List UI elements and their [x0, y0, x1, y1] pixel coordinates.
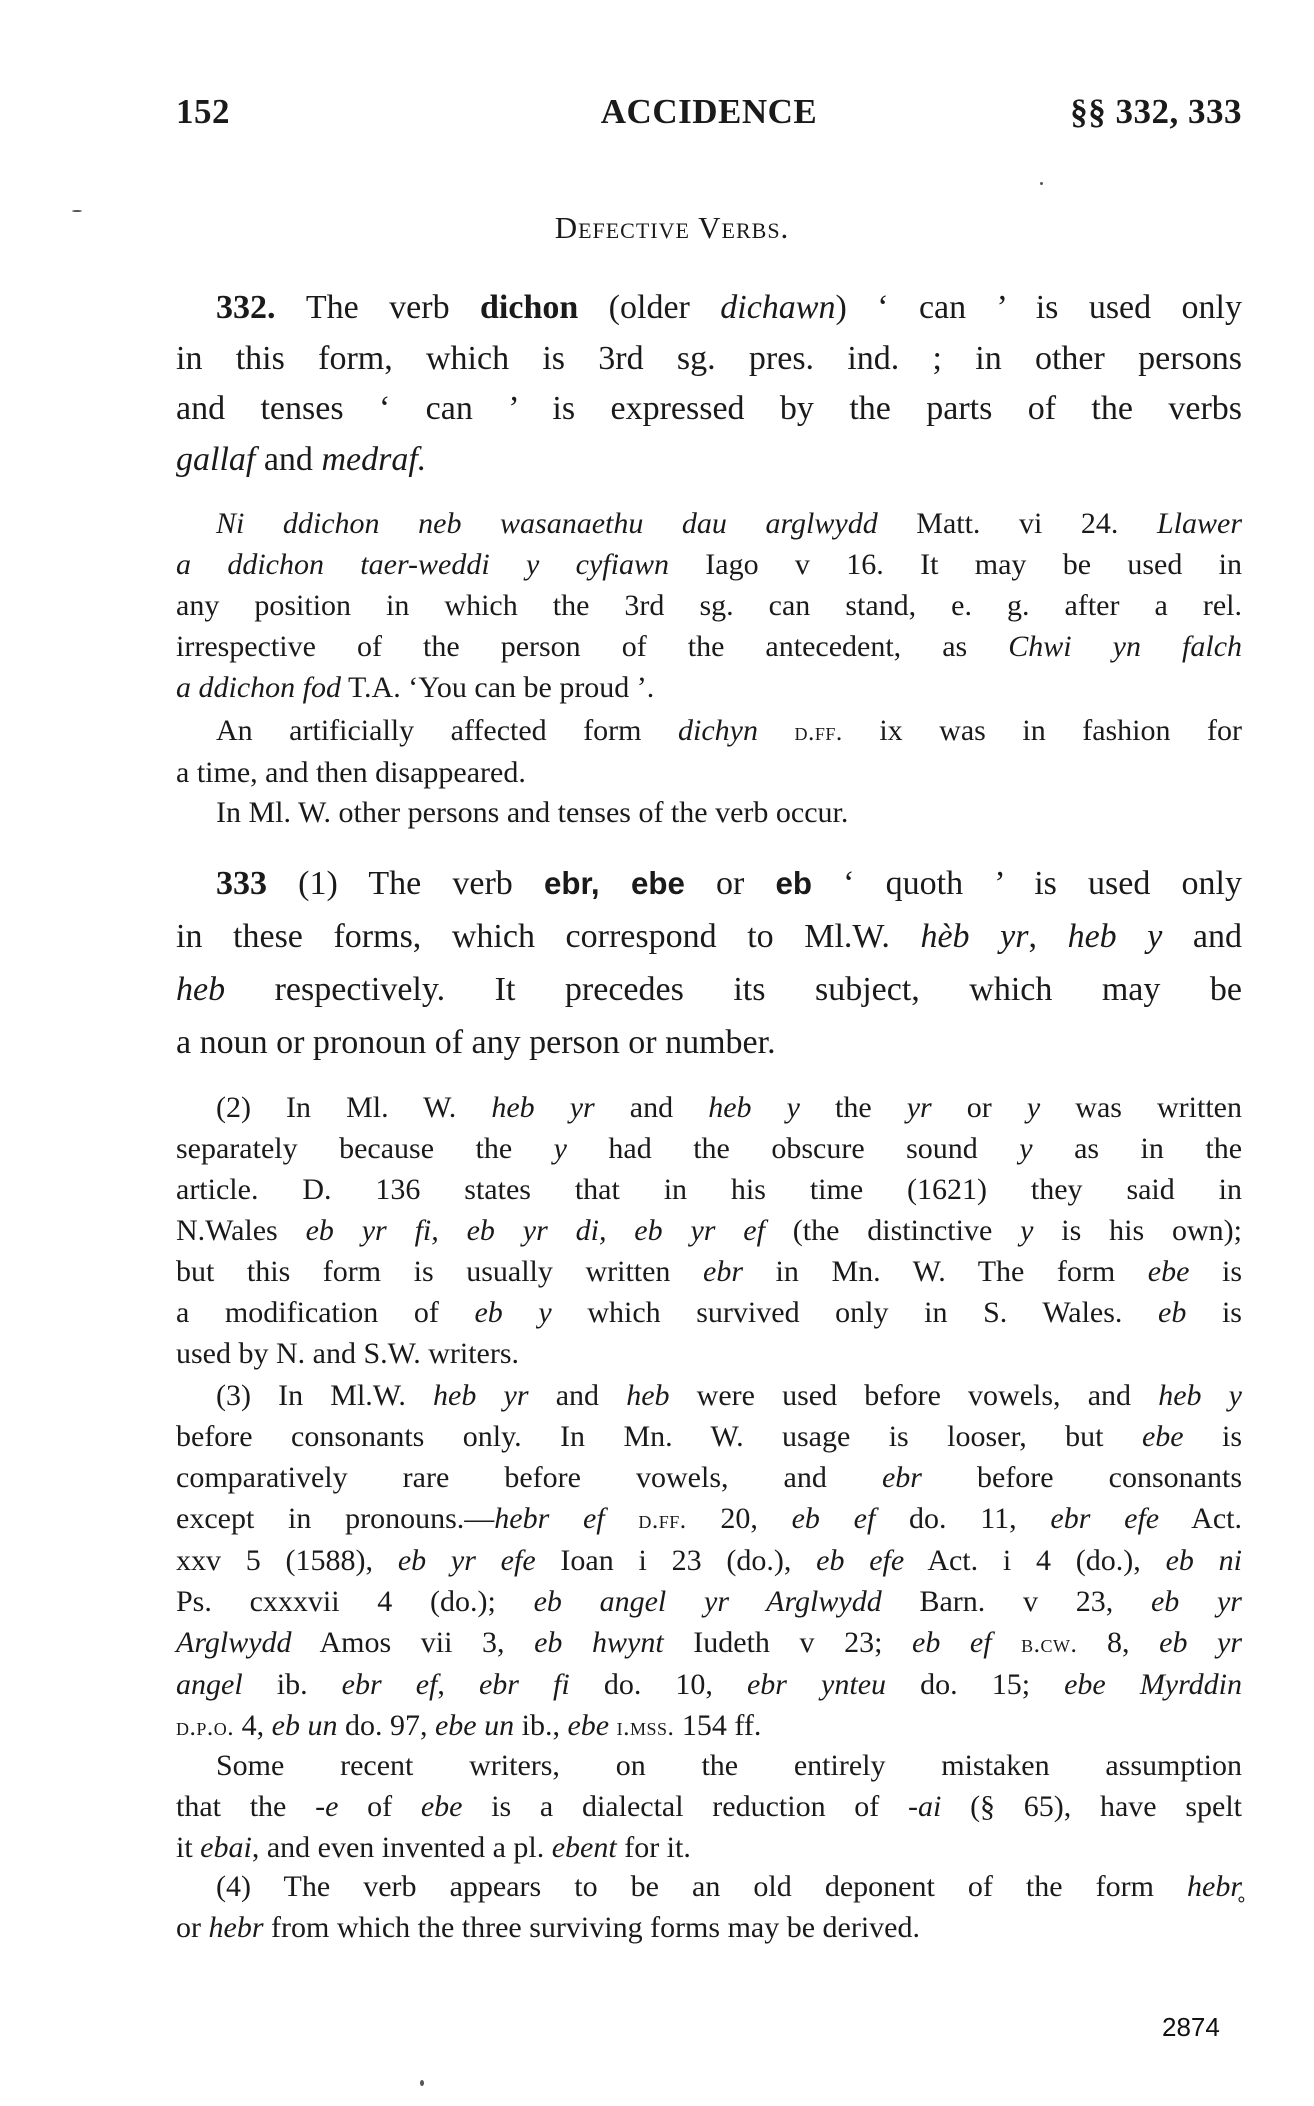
text-run: it [176, 1831, 200, 1864]
text-run: ) ‘ can ’ is used only [835, 289, 1242, 326]
text-line: before consonants only. In Mn. W. usage … [176, 1416, 1242, 1457]
welsh-term: eb angel yr Arglwydd [534, 1585, 882, 1618]
text-line: Some recent writers, on the entirely mis… [176, 1745, 1242, 1786]
paragraph-333-3: (3) In Ml.W. heb yr and heb were used be… [176, 1375, 1242, 1747]
text-line: a noun or pronoun of any person or numbe… [176, 1016, 1242, 1069]
welsh-term: Arglwydd [176, 1626, 292, 1659]
text-run: The verb [306, 289, 480, 326]
welsh-term: ebr [882, 1461, 922, 1494]
source-abbrev: d.ff. [795, 717, 843, 746]
text-run: 154 ff. [674, 1709, 761, 1742]
text-line: in this form, which is 3rd sg. pres. ind… [176, 334, 1242, 385]
welsh-term: eb efe [816, 1544, 904, 1577]
text-line: irrespective of the person of the antece… [176, 626, 1242, 667]
text-run: T.A. ‘You can be proud ’. [341, 671, 654, 704]
text-line: Ps. cxxxvii 4 (do.); eb angel yr Arglwyd… [176, 1581, 1242, 1622]
text-line: but this form is usually written ebr in … [176, 1251, 1242, 1292]
welsh-term: heb yr [433, 1379, 528, 1412]
welsh-term: eb ef [792, 1502, 876, 1535]
text-run: , and even invented a pl. [252, 1831, 552, 1864]
headword: ebr, ebe [544, 866, 685, 901]
text-run: ib. [243, 1668, 342, 1701]
paragraph-332-examples: Ni ddichon neb wasanaethu dau arglwydd M… [176, 503, 1242, 708]
text-run: separately because the [176, 1132, 554, 1165]
paragraph-333-1: 333 (1) The verb ebr, ebe or eb ‘ quoth … [176, 857, 1242, 1069]
text-run: a modification of [176, 1296, 474, 1329]
text-line: separately because the y had the obscure… [176, 1128, 1242, 1169]
text-run: any position in which the 3rd sg. can st… [176, 589, 1242, 622]
text-run: that the - [176, 1790, 325, 1823]
paragraph-333-4: (4) The verb appears to be an old depone… [176, 1866, 1242, 1948]
welsh-term: y [1027, 1091, 1040, 1124]
text-run: An artificially affected form [216, 714, 678, 747]
text-run: in this form, which is 3rd sg. pres. ind… [176, 340, 1242, 377]
text-line: gallaf and medraf. [176, 435, 1242, 486]
text-run: (§ 65), have spelt [941, 1790, 1242, 1823]
text-line: An artificially affected form dichyn d.f… [176, 710, 1242, 752]
text-run: or [932, 1091, 1027, 1124]
welsh-term: heb y [1158, 1379, 1242, 1412]
welsh-term: angel [176, 1668, 243, 1701]
welsh-term: y [1019, 1132, 1032, 1165]
headword: eb [775, 866, 812, 901]
text-run: do. 11, [875, 1502, 1050, 1535]
source-abbrev: d.ff. [638, 1505, 686, 1534]
welsh-term: eb yr [1159, 1626, 1242, 1659]
text-run: Iago v 16. It may be used in [669, 548, 1242, 581]
text-run: is his own); [1033, 1214, 1242, 1247]
text-run: (the distinctive [765, 1214, 1020, 1247]
text-run: for it. [617, 1831, 691, 1864]
text-run: irrespective of the person of the antece… [176, 630, 1008, 663]
welsh-term: a ddichon taer-weddi y cyfiawn [176, 548, 669, 581]
text-run: or [176, 1911, 209, 1944]
welsh-term: ebai [200, 1831, 252, 1864]
welsh-term: ebr fi [479, 1668, 570, 1701]
text-run: Matt. vi 24. [878, 507, 1157, 540]
text-run: ‘ quoth ’ is used only [812, 865, 1242, 902]
text-run: from which the three surviving forms may… [264, 1911, 920, 1944]
text-run: of [338, 1790, 420, 1823]
text-run: 20, [687, 1502, 792, 1535]
section-number: 333 [216, 865, 298, 902]
text-run: , [1028, 918, 1067, 955]
text-run: used by N. and S.W. writers. [176, 1337, 519, 1370]
text-run: comparatively rare before vowels, and [176, 1461, 882, 1494]
welsh-term: heb [626, 1379, 669, 1412]
text-run: and [595, 1091, 708, 1124]
text-run: the [800, 1091, 907, 1124]
text-line: 332. The verb dichon (older dichawn) ‘ c… [176, 283, 1242, 334]
welsh-term: heb y [1068, 918, 1163, 955]
text-run [609, 1709, 617, 1742]
text-run: in Mn. W. The form [743, 1255, 1148, 1288]
scan-speck [72, 210, 82, 212]
text-run: 4, [234, 1709, 272, 1742]
welsh-term: a ddichon fod [176, 671, 341, 704]
text-line: a time, and then disappeared. [176, 752, 1242, 793]
text-run: Act. [1159, 1502, 1242, 1535]
welsh-term: Chwi yn falch [1008, 630, 1242, 663]
text-line: any position in which the 3rd sg. can st… [176, 585, 1242, 626]
text-run: were used before vowels, and [670, 1379, 1159, 1412]
welsh-term: heb y [708, 1091, 800, 1124]
welsh-term: ebe [567, 1709, 609, 1742]
text-run: or [685, 865, 776, 902]
text-run: and [1162, 918, 1242, 955]
welsh-term: eb yr efe [398, 1544, 536, 1577]
text-run: Amos vii 3, [292, 1626, 535, 1659]
welsh-term: ebr ynteu [747, 1668, 886, 1701]
welsh-term: ebent [552, 1831, 617, 1864]
text-line: article. D. 136 states that in his time … [176, 1169, 1242, 1210]
source-abbrev: b.cw. [1021, 1629, 1077, 1658]
welsh-term: ai [918, 1790, 941, 1823]
text-run: which survived only in S. Wales. [552, 1296, 1158, 1329]
running-header: 152 ACCIDENCE §§ 332, 333 [176, 92, 1242, 142]
text-run [605, 1502, 639, 1535]
welsh-term: ebr efe [1050, 1502, 1159, 1535]
headword: dichon [480, 289, 578, 326]
welsh-term: eb yr [1151, 1585, 1242, 1618]
text-line: that the -e of ebe is a dialectal reduct… [176, 1786, 1242, 1827]
text-run: Ioan i 23 (do.), [536, 1544, 817, 1577]
book-page: 152 ACCIDENCE §§ 332, 333 Defective Verb… [0, 0, 1314, 2106]
text-run: Act. i 4 (do.), [904, 1544, 1165, 1577]
text-run: as in the [1033, 1132, 1242, 1165]
text-run [992, 1626, 1022, 1659]
welsh-term: hebr [209, 1911, 264, 1944]
text-line: angel ib. ebr ef, ebr fi do. 10, ebr ynt… [176, 1664, 1242, 1705]
welsh-term: Llawer [1157, 507, 1242, 540]
text-run: article. D. 136 states that in his time … [176, 1173, 1242, 1206]
welsh-term: eb ef [912, 1626, 992, 1659]
text-line: or hebr from which the three surviving f… [176, 1907, 1242, 1948]
text-run: a time, and then disappeared. [176, 756, 526, 789]
text-line: it ebai, and even invented a pl. ebent f… [176, 1827, 1242, 1868]
section-heading: Defective Verbs. [0, 210, 1314, 246]
source-abbrev: d.p.o. [176, 1712, 234, 1741]
welsh-term: eb hwynt [534, 1626, 664, 1659]
text-run: Ps. cxxxvii 4 (do.); [176, 1585, 534, 1618]
text-line: (2) In Ml. W. heb yr and heb y the yr or… [176, 1087, 1242, 1128]
welsh-term: ebe [1148, 1255, 1190, 1288]
text-line: a modification of eb y which survived on… [176, 1292, 1242, 1333]
welsh-term: ebe [1142, 1420, 1184, 1453]
text-run: , [437, 1668, 479, 1701]
scan-number: 2874 [1162, 2012, 1220, 2043]
welsh-term: ebe Myrddin [1064, 1668, 1242, 1701]
source-abbrev: i.mss. [617, 1712, 675, 1741]
welsh-term: ebr ef [342, 1668, 438, 1701]
text-run: a noun or pronoun of any person or numbe… [176, 1024, 776, 1061]
paragraph-332-note-ml-w: In Ml. W. other persons and tenses of th… [176, 792, 1242, 833]
text-run: is [1186, 1296, 1242, 1329]
text-line: 333 (1) The verb ebr, ebe or eb ‘ quoth … [176, 857, 1242, 910]
text-line: d.p.o. 4, eb un do. 97, ebe un ib., ebe … [176, 1705, 1242, 1747]
section-number: 332. [216, 289, 306, 326]
text-run: but this form is usually written [176, 1255, 703, 1288]
text-line: and tenses ‘ can ’ is expressed by the p… [176, 384, 1242, 435]
text-line: except in pronouns.—hebr ef d.ff. 20, eb… [176, 1498, 1242, 1540]
text-line: Arglwydd Amos vii 3, eb hwynt Iudeth v 2… [176, 1622, 1242, 1664]
scan-speck [1040, 182, 1043, 185]
welsh-term: medraf. [321, 441, 426, 478]
text-run: ix was in fashion for [843, 714, 1242, 747]
text-run: respectively. It precedes its subject, w… [225, 971, 1242, 1008]
welsh-term: ebr [703, 1255, 743, 1288]
text-line: (3) In Ml.W. heb yr and heb were used be… [176, 1375, 1242, 1416]
welsh-term: hèb yr [920, 918, 1028, 955]
text-line: N.Wales eb yr fi, eb yr di, eb yr ef (th… [176, 1210, 1242, 1251]
text-run: Barn. v 23, [882, 1585, 1151, 1618]
welsh-term: y [1020, 1214, 1033, 1247]
welsh-term: ebe [421, 1790, 463, 1823]
text-run: and [529, 1379, 627, 1412]
text-line: Ni ddichon neb wasanaethu dau arglwydd M… [176, 503, 1242, 544]
welsh-term: heb [176, 971, 225, 1008]
text-run: (2) In Ml. W. [216, 1091, 491, 1124]
welsh-term: heb yr [491, 1091, 594, 1124]
text-run: except in pronouns.— [176, 1502, 494, 1535]
paragraph-333-2: (2) In Ml. W. heb yr and heb y the yr or… [176, 1087, 1242, 1374]
text-run: Some recent writers, on the entirely mis… [216, 1749, 1242, 1782]
text-run: In Ml. W. other persons and tenses of th… [216, 796, 848, 829]
text-run: is [1189, 1255, 1242, 1288]
text-run: and tenses ‘ can ’ is expressed by the p… [176, 390, 1242, 427]
welsh-term: ebe un [435, 1709, 514, 1742]
welsh-term: eb [1158, 1296, 1186, 1329]
text-run: (4) The verb appears to be an old depone… [216, 1870, 1187, 1903]
paragraph-332: 332. The verb dichon (older dichawn) ‘ c… [176, 283, 1242, 485]
text-line: in these forms, which correspond to Ml.W… [176, 910, 1242, 963]
text-run: in these forms, which correspond to Ml.W… [176, 918, 920, 955]
welsh-term: eb ni [1166, 1544, 1242, 1577]
paragraph-332-note-dichyn: An artificially affected form dichyn d.f… [176, 710, 1242, 793]
text-run [758, 714, 795, 747]
welsh-term: dichyn [678, 714, 758, 747]
text-run: Iudeth v 23; [664, 1626, 912, 1659]
text-run: do. 15; [886, 1668, 1064, 1701]
welsh-term: dichawn [720, 289, 835, 326]
text-run: xxv 5 (1588), [176, 1544, 398, 1577]
welsh-term: hebr ef [494, 1502, 604, 1535]
text-run: is a dialectal reduction of - [462, 1790, 918, 1823]
welsh-term: eb yr fi, eb yr di, eb yr ef [306, 1214, 765, 1247]
text-run: and [255, 441, 321, 478]
welsh-term: eb y [474, 1296, 551, 1329]
section-range: §§ 332, 333 [1070, 92, 1242, 132]
text-line: heb respectively. It precedes its subjec… [176, 963, 1242, 1016]
text-run: (older [578, 289, 720, 326]
text-line: comparatively rare before vowels, and eb… [176, 1457, 1242, 1498]
text-line: In Ml. W. other persons and tenses of th… [176, 792, 1242, 833]
welsh-term: yr [907, 1091, 932, 1124]
text-line: used by N. and S.W. writers. [176, 1333, 1242, 1374]
text-run: do. 97, [337, 1709, 435, 1742]
text-run: do. 10, [570, 1668, 747, 1701]
text-run: 8, [1077, 1626, 1159, 1659]
text-line: (4) The verb appears to be an old depone… [176, 1866, 1242, 1907]
text-run: had the obscure sound [567, 1132, 1019, 1165]
text-run: N.Wales [176, 1214, 306, 1247]
scan-speck [420, 2080, 424, 2086]
text-line: xxv 5 (1588), eb yr efe Ioan i 23 (do.),… [176, 1540, 1242, 1581]
welsh-term: y [554, 1132, 567, 1165]
paragraph-333-3-note: Some recent writers, on the entirely mis… [176, 1745, 1242, 1868]
welsh-term: gallaf [176, 441, 255, 478]
text-run: is [1184, 1420, 1242, 1453]
welsh-term: e [325, 1790, 338, 1823]
welsh-term: Ni ddichon neb wasanaethu dau arglwydd [216, 507, 878, 540]
welsh-term: hebr̥ [1187, 1870, 1242, 1903]
text-run: before consonants [922, 1461, 1242, 1494]
text-line: a ddichon taer-weddi y cyfiawn Iago v 16… [176, 544, 1242, 585]
text-run: was written [1040, 1091, 1242, 1124]
text-run: (3) In Ml.W. [216, 1379, 433, 1412]
text-run: ib., [514, 1709, 567, 1742]
welsh-term: eb un [272, 1709, 338, 1742]
text-run: (1) The verb [298, 865, 544, 902]
text-run: before consonants only. In Mn. W. usage … [176, 1420, 1142, 1453]
text-line: a ddichon fod T.A. ‘You can be proud ’. [176, 667, 1242, 708]
